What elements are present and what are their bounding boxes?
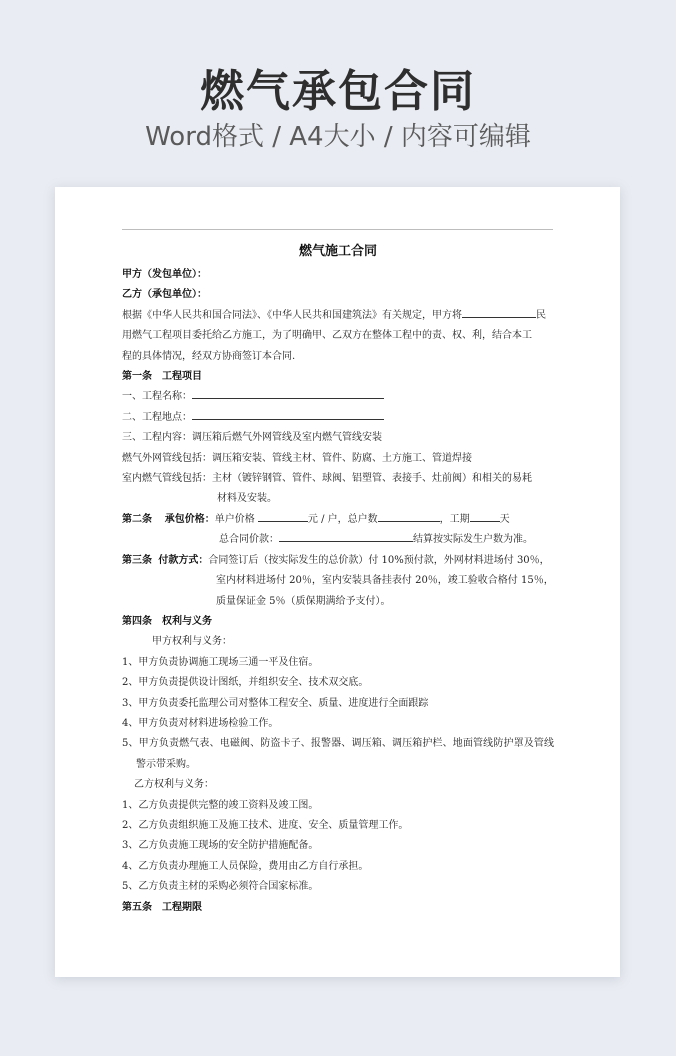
party-b-item-2: 2、乙方负责组织施工及施工技术、进度、安全、质量管理工作。 <box>122 816 554 836</box>
article2-line-1: 第二条 承包价格：单户价格 元 / 户，总户数，工期天 <box>122 510 554 530</box>
article2-heading: 第二条 <box>122 514 152 525</box>
days-label: 天 <box>500 514 510 525</box>
total-price-blank[interactable] <box>279 530 413 542</box>
party-b-item-1: 1、乙方负责提供完整的竣工资料及竣工图。 <box>122 796 554 816</box>
party-a-item-2: 2、甲方负责提供设计图纸，并组织安全、技术双交底。 <box>122 673 554 693</box>
preamble-line-1: 根据《中华人民共和国合同法》、《中华人民共和国建筑法》有关规定，甲方将民 <box>122 306 554 326</box>
party-b-item-4: 4、乙方负责办理施工人员保险，费用由乙方自行承担。 <box>122 857 554 877</box>
article1-heading: 第一条 工程项目 <box>122 367 554 387</box>
total-price-label: 总合同价款： <box>219 534 279 545</box>
party-b-item-3: 3、乙方负责施工现场的安全防护措施配备。 <box>122 836 554 856</box>
unit-label: 元 / 户，总户数 <box>308 514 378 525</box>
header-rule <box>122 229 553 230</box>
party-a-item-1: 1、甲方负责协调施工现场三通一平及住宿。 <box>122 653 554 673</box>
project-name-line: 一、工程名称： <box>122 387 554 407</box>
indoor-pipeline-value-2: 材料及安装。 <box>122 489 554 509</box>
party-b-item-5: 5、乙方负责主材的采购必须符合国家标准。 <box>122 877 554 897</box>
article2-line-2: 总合同价款：结算按实际发生户数为准。 <box>122 530 554 550</box>
document-page: 燃气施工合同 甲方（发包单位）： 乙方（承包单位）： 根据《中华人民共和国合同法… <box>55 187 620 977</box>
document-title: 燃气施工合同 <box>122 241 554 263</box>
outer-pipeline-value: 调压箱安装、管线主材、管件、防腐、土方施工、管道焊接 <box>212 453 472 464</box>
unit-price-label: 单户价格 <box>215 514 255 525</box>
period-label: ，工期 <box>440 514 470 525</box>
party-b-line: 乙方（承包单位）： <box>122 285 554 305</box>
party-a-duties-heading: 甲方权利与义务： <box>122 632 554 652</box>
indoor-pipeline-line: 室内燃气管线包括：主材（镀锌钢管、管件、球阀、铝塑管、表接手、灶前阀）和相关的易… <box>122 469 554 489</box>
indoor-pipeline-value-1: 主材（镀锌钢管、管件、球阀、铝塑管、表接手、灶前阀）和相关的易耗 <box>212 473 532 484</box>
project-location-label: 二、工程地点： <box>122 412 192 423</box>
document-body: 燃气施工合同 甲方（发包单位）： 乙方（承包单位）： 根据《中华人民共和国合同法… <box>122 241 554 918</box>
banner-title: 燃气承包合同 <box>0 64 676 120</box>
article3-heading: 第三条 <box>122 555 152 566</box>
payment-line-2: 室内材料进场付 20％，室内安装具备挂表付 20％，竣工验收合格付 15％， <box>122 571 554 591</box>
project-name-blank[interactable] <box>192 387 384 399</box>
party-b-duties-heading: 乙方权利与义务： <box>122 775 554 795</box>
project-content-line: 三、工程内容：调压箱后燃气外网管线及室内燃气管线安装 <box>122 428 554 448</box>
payment-line-3: 质量保证金 5％（质保期满给予支付）。 <box>122 592 554 612</box>
unit-price-blank[interactable] <box>258 510 308 522</box>
banner-subtitle: Word格式 / A4大小 / 内容可编辑 <box>0 120 676 154</box>
project-location-line: 二、工程地点： <box>122 408 554 428</box>
party-a-item-4: 4、甲方负责对材料进场检验工作。 <box>122 714 554 734</box>
article2-label: 承包价格： <box>165 514 215 525</box>
payment-line-1: 合同签订后（按实际发生的总价款）付 10%预付款，外网材料进场付 30％， <box>208 555 549 566</box>
article3-line-1: 第三条 付款方式：合同签订后（按实际发生的总价款）付 10%预付款，外网材料进场… <box>122 551 554 571</box>
preamble-line-2: 用燃气工程项目委托给乙方施工，为了明确甲、乙双方在整体工程中的责、权、利，结合本… <box>122 326 554 346</box>
party-a-line: 甲方（发包单位）： <box>122 265 554 285</box>
preamble-text-1: 根据《中华人民共和国合同法》、《中华人民共和国建筑法》有关规定，甲方将 <box>122 310 462 321</box>
party-a-item-3: 3、甲方负责委托监理公司对整体工程安全、质量、进度进行全面跟踪 <box>122 694 554 714</box>
household-count-blank[interactable] <box>378 510 440 522</box>
project-location-blank[interactable] <box>192 408 384 420</box>
outer-pipeline-label: 燃气外网管线包括： <box>122 453 212 464</box>
article5-heading: 第五条 工程期限 <box>122 898 554 918</box>
article3-label: 付款方式： <box>158 555 208 566</box>
indoor-pipeline-label: 室内燃气管线包括： <box>122 473 212 484</box>
project-blank[interactable] <box>462 306 536 318</box>
total-note: 结算按实际发生户数为准。 <box>413 534 533 545</box>
outer-pipeline-line: 燃气外网管线包括：调压箱安装、管线主材、管件、防腐、土方施工、管道焊接 <box>122 449 554 469</box>
project-name-label: 一、工程名称： <box>122 391 192 402</box>
period-blank[interactable] <box>470 510 500 522</box>
article4-heading: 第四条 权利与义务 <box>122 612 554 632</box>
preamble-line-3: 程的具体情况，经双方协商签订本合同. <box>122 347 554 367</box>
preamble-text-1-end: 民 <box>536 310 546 321</box>
party-a-item-5: 5、甲方负责燃气表、电磁阀、防盗卡子、报警器、调压箱、调压箱护栏、地面管线防护罩… <box>122 734 554 775</box>
